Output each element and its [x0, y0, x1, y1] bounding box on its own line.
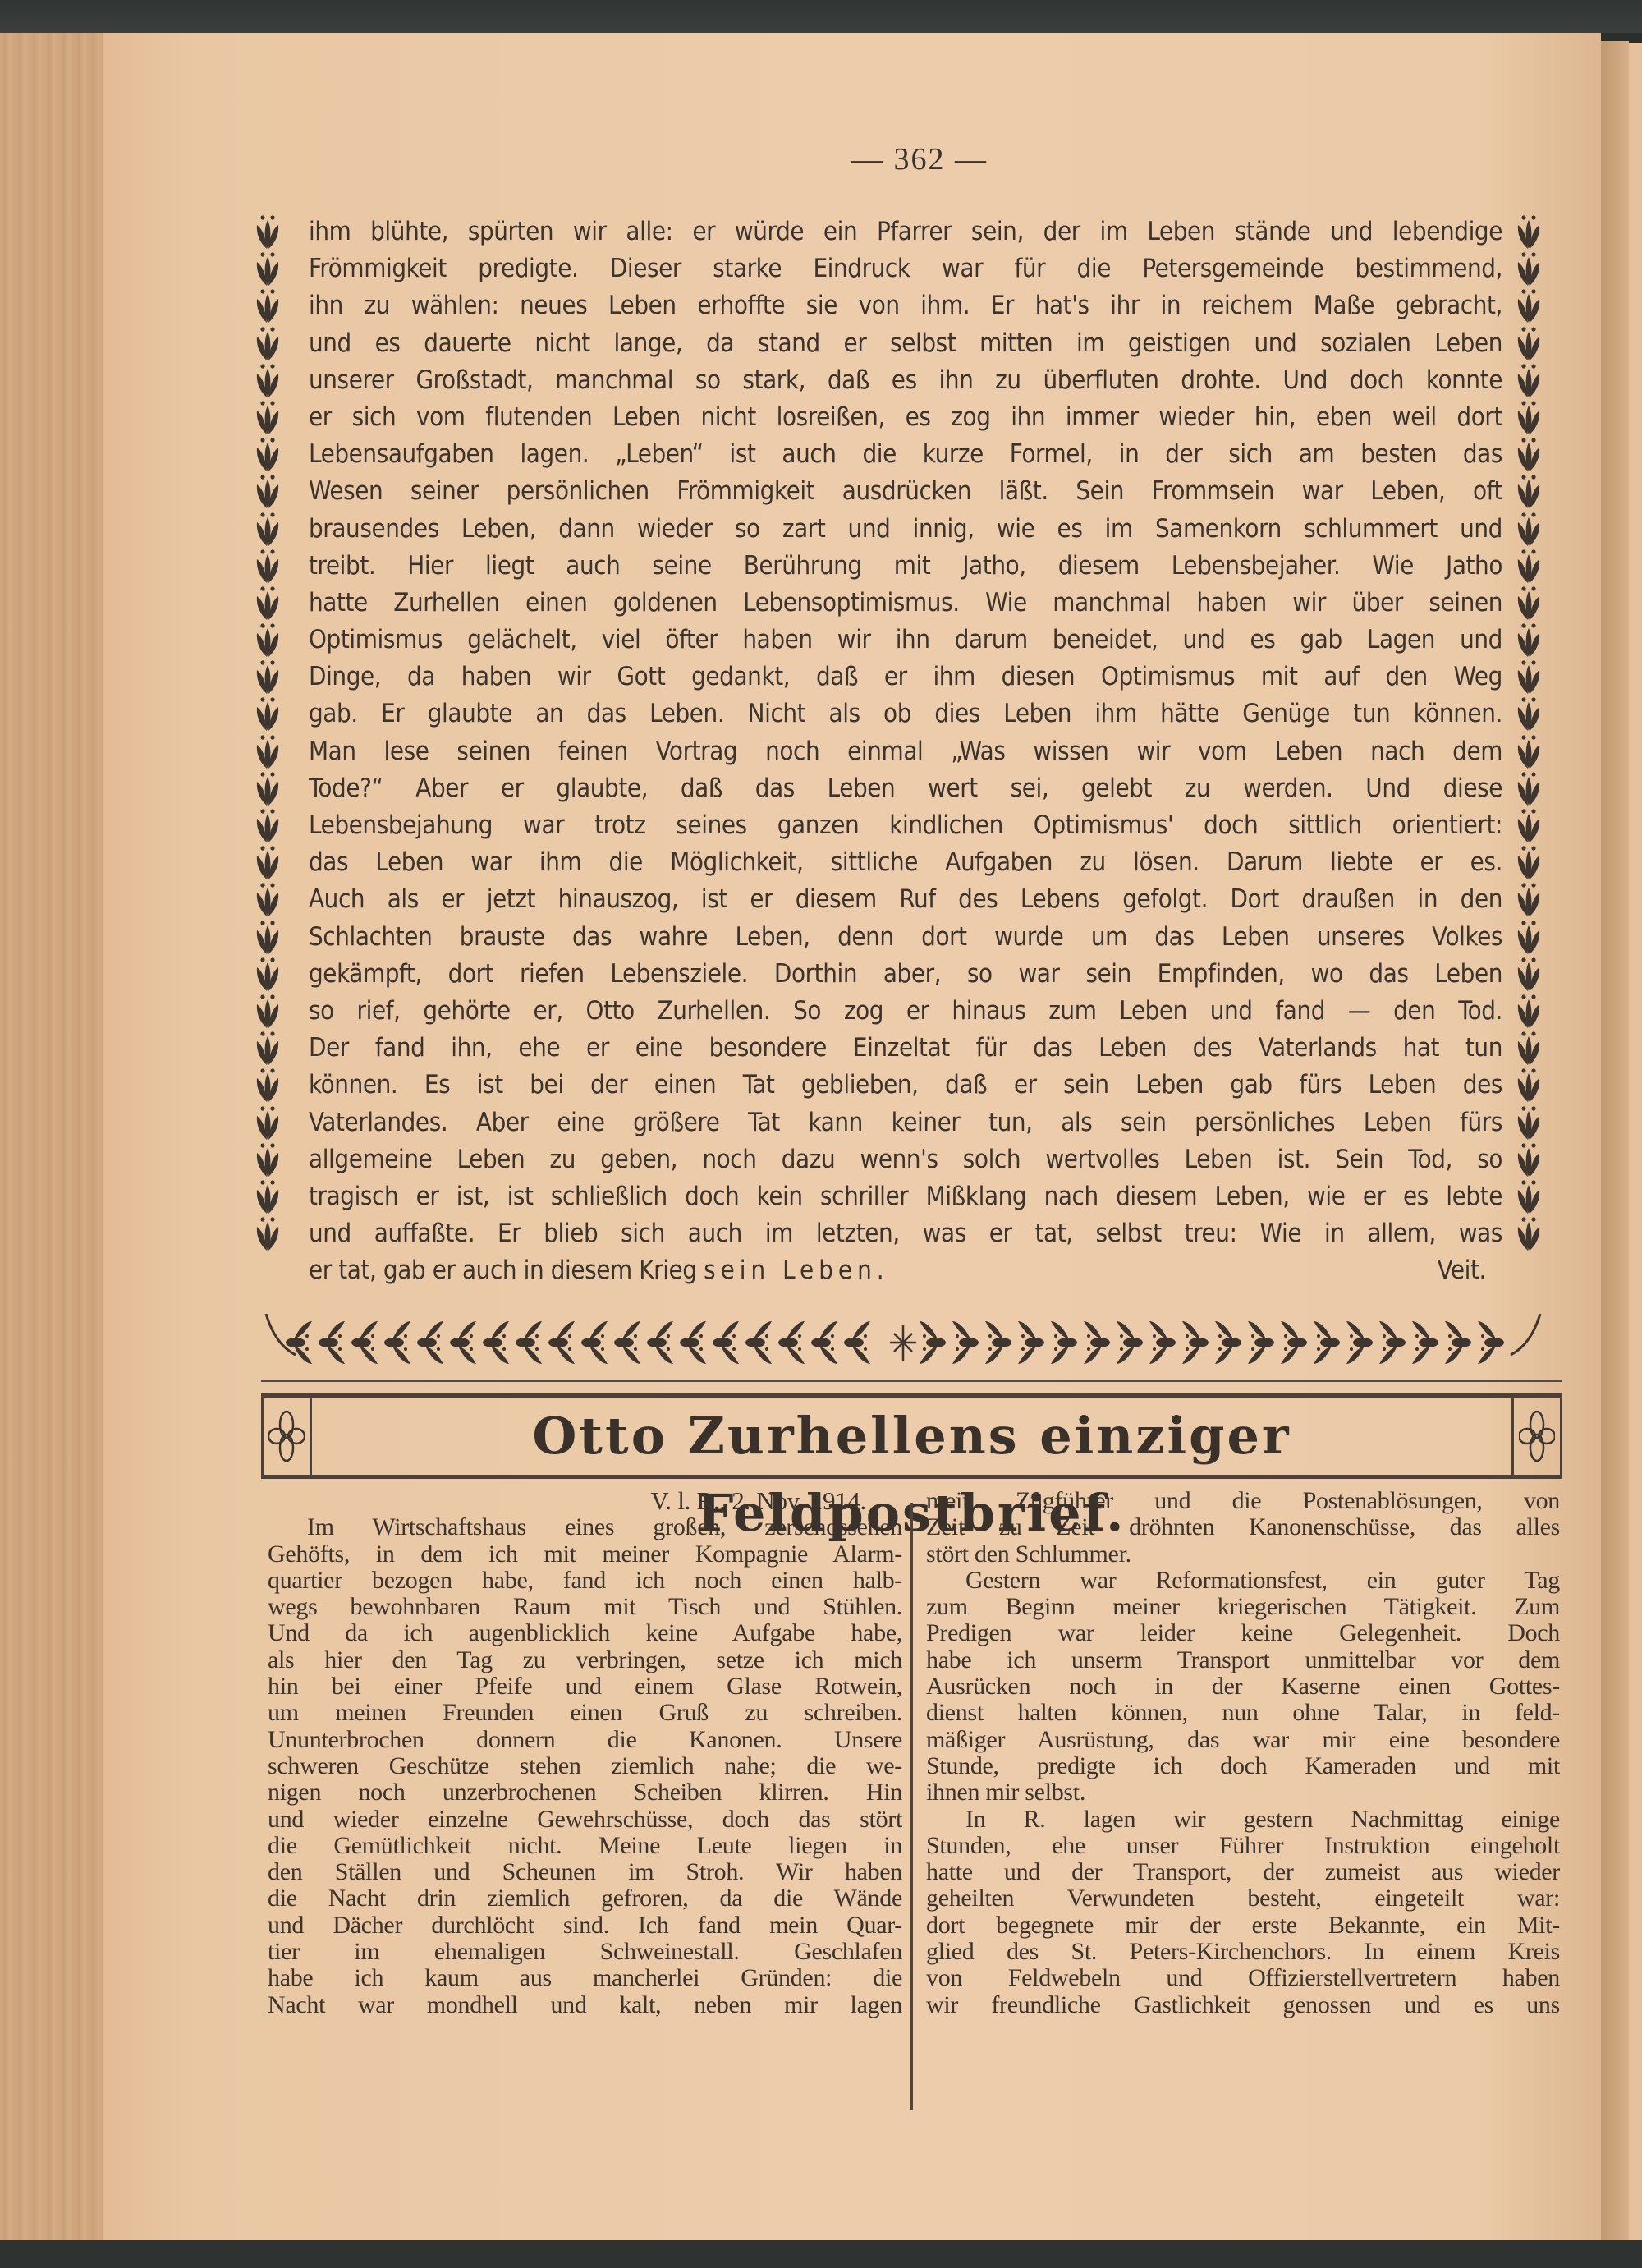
wheat-leaf-icon	[251, 1068, 284, 1105]
text-line: Gestern war Reformationsfest, ein guter …	[926, 1568, 1560, 1594]
author-signature: Veit.	[1438, 1252, 1502, 1289]
wheat-leaf-icon	[251, 215, 284, 252]
text-line: und Dächer durchlöcht sind. Ich fand mei…	[268, 1912, 902, 1939]
text-line: das Leben war ihm die Möglichkeit, sittl…	[309, 844, 1502, 881]
wheat-leaf-icon	[251, 697, 284, 734]
text-line: können. Es ist bei der einen Tat geblieb…	[309, 1067, 1502, 1104]
wheat-leaf-icon	[251, 512, 284, 549]
wheat-leaf-icon	[1512, 215, 1545, 252]
text-line: Zeit zu Zeit dröhnten Kanonenschüsse, da…	[926, 1514, 1560, 1540]
next-page-edge	[1629, 43, 1642, 2243]
letter-column-left: V. l. R., 2. Nov. 1914. Im Wirtschaftsha…	[268, 1488, 902, 2018]
text-line: Gehöfts, in dem ich mit meiner Kompagnie…	[268, 1541, 902, 1568]
wheat-leaf-icon	[1512, 1217, 1545, 1254]
text-line: Und da ich augenblicklich keine Aufgabe …	[268, 1620, 902, 1646]
wheat-leaf-icon	[1512, 289, 1545, 326]
wheat-leaf-icon	[1512, 921, 1545, 957]
right-leaf-border	[1512, 215, 1545, 1254]
wheat-leaf-icon	[251, 327, 284, 364]
wheat-leaf-icon	[251, 735, 284, 772]
obituary-text: ihm blühte, spürten wir alle: er würde e…	[309, 213, 1502, 1289]
text-line: Vaterlandes. Aber eine größere Tat kann …	[309, 1104, 1502, 1141]
text-line: ihm blühte, spürten wir alle: er würde e…	[309, 213, 1502, 250]
text-line: tier im ehemaligen Schweinestall. Geschl…	[268, 1939, 902, 1965]
wheat-leaf-icon	[1512, 438, 1545, 475]
text-line: so rief, gehörte er, Otto Zurhellen. So …	[309, 993, 1502, 1030]
text-line: und wieder einzelne Gewehrschüsse, doch …	[268, 1807, 902, 1833]
article-title-box: Otto Zurhellens einziger Feldpostbrief.	[261, 1393, 1562, 1479]
wheat-leaf-icon	[1512, 586, 1545, 623]
text-line: quartier bezogen habe, fand ich noch ein…	[268, 1568, 902, 1594]
wheat-leaf-icon	[251, 1217, 284, 1254]
text-line: nigen noch unzerbrochenen Scheiben klirr…	[268, 1779, 902, 1806]
text-line: Ununterbrochen donnern die Kanonen. Unse…	[268, 1727, 902, 1753]
wheat-leaf-icon	[1512, 957, 1545, 994]
wheat-leaf-icon	[251, 921, 284, 957]
text-line: Lebensbejahung war trotz seines ganzen k…	[309, 807, 1502, 844]
page-gutter-shadow	[1601, 41, 1629, 2242]
wheat-leaf-icon	[251, 772, 284, 809]
text-line: Dinge, da haben wir Gott gedankt, daß er…	[309, 659, 1502, 696]
text-line: Stunden, ehe unser Führer Instruktion ei…	[926, 1833, 1560, 1859]
text-line: hatte Zurhellen einen goldenen Lebensopt…	[309, 585, 1502, 622]
wheat-leaf-icon	[1512, 512, 1545, 549]
text-line: er sich vom flutenden Leben nicht losrei…	[309, 399, 1502, 436]
wheat-leaf-icon	[1512, 1143, 1545, 1180]
text-line: wir freundliche Gastlichkeit genossen un…	[926, 1992, 1560, 2018]
text-line: und auffaßte. Er blieb sich auch im letz…	[309, 1215, 1502, 1252]
wheat-leaf-icon	[1512, 809, 1545, 846]
text-line: ihn zu wählen: neues Leben erhoffte sie …	[309, 287, 1502, 324]
quatrefoil-knot-icon	[261, 1398, 312, 1475]
text-line: Man lese seinen feinen Vortrag noch einm…	[309, 733, 1502, 770]
text-line: die Gemütlichkeit nicht. Meine Leute lie…	[268, 1833, 902, 1859]
wheat-leaf-icon	[1512, 994, 1545, 1031]
wheat-leaf-icon	[1512, 327, 1545, 364]
wheat-leaf-icon	[251, 623, 284, 660]
wheat-leaf-icon	[251, 1031, 284, 1068]
wheat-leaf-icon	[251, 809, 284, 846]
wheat-leaf-icon	[251, 438, 284, 475]
text-line: mäßiger Ausrüstung, das war mir eine bes…	[926, 1727, 1560, 1753]
wheat-leaf-icon	[251, 475, 284, 512]
wheat-leaf-icon	[251, 586, 284, 623]
text-line: Der fand ihn, ehe er eine besondere Einz…	[309, 1030, 1502, 1067]
text-line: schweren Geschütze stehen ziemlich nahe;…	[268, 1753, 902, 1779]
text-line: habe ich kaum aus mancherlei Gründen: di…	[268, 1965, 902, 1991]
text-line: den Ställen und Scheunen im Stroh. Wir h…	[268, 1859, 902, 1885]
text-line: treibt. Hier liegt auch seine Berührung …	[309, 548, 1502, 585]
final-sentence-spaced: sein Leben.	[704, 1256, 889, 1285]
text-line: Auch als er jetzt hinauszog, ist er dies…	[309, 881, 1502, 918]
page-stack-edge	[0, 33, 103, 2240]
wheat-leaf-icon	[1512, 252, 1545, 289]
text-line: brausendes Leben, dann wieder so zart un…	[309, 511, 1502, 548]
wheat-leaf-icon	[251, 846, 284, 883]
text-line: Im Wirtschaftshaus eines großen, zerscho…	[268, 1514, 902, 1540]
text-line: Frömmigkeit predigte. Dieser starke Eind…	[309, 250, 1502, 287]
text-line: glied des St. Peters-Kirchenchors. In ei…	[926, 1939, 1560, 1965]
wheat-leaf-icon	[1512, 735, 1545, 772]
wheat-leaf-icon	[1512, 883, 1545, 920]
column-divider	[910, 1503, 913, 2110]
wheat-leaf-icon	[251, 252, 284, 289]
text-line: tragisch er ist, ist schließlich doch ke…	[309, 1178, 1502, 1215]
text-line: stört den Schlummer.	[926, 1541, 1560, 1568]
left-leaf-border	[251, 215, 284, 1254]
text-line-final: er tat, gab er auch in diesem Krieg sein…	[309, 1252, 1502, 1289]
text-line: Nacht war mondhell und kalt, neben mir l…	[268, 1992, 902, 2018]
text-line: gab. Er glaubte an das Leben. Nicht als …	[309, 696, 1502, 732]
page-number: — 362 —	[821, 141, 1018, 177]
text-line: von Feldwebeln und Offizierstellvertrete…	[926, 1965, 1560, 1991]
wheat-leaf-icon	[1512, 846, 1545, 883]
wheat-leaf-icon	[1512, 697, 1545, 734]
section-divider	[261, 1380, 1562, 1382]
wheat-leaf-icon	[1512, 772, 1545, 809]
text-line: gekämpft, dort riefen Lebensziele. Dorth…	[309, 956, 1502, 993]
final-sentence: er tat, gab er auch in diesem Krieg sein…	[309, 1252, 889, 1289]
text-line: dort begegnete mir der erste Bekannte, e…	[926, 1912, 1560, 1939]
wheat-leaf-icon	[1512, 1180, 1545, 1217]
wheat-leaf-icon	[251, 401, 284, 438]
text-line: wegs bewohnbaren Raum mit Tisch und Stüh…	[268, 1594, 902, 1620]
wheat-leaf-icon	[251, 883, 284, 920]
wheat-leaf-icon	[1512, 364, 1545, 401]
text-line: In R. lagen wir gestern Nachmittag einig…	[926, 1807, 1560, 1833]
text-line: Optimismus gelächelt, viel öfter haben w…	[309, 622, 1502, 659]
wheat-leaf-icon	[1512, 1068, 1545, 1105]
text-line: unserer Großstadt, manchmal so stark, da…	[309, 362, 1502, 399]
wheat-leaf-icon	[251, 1180, 284, 1217]
wheat-leaf-icon	[251, 549, 284, 586]
wheat-leaf-icon	[1512, 623, 1545, 660]
text-line: Ausrücken noch in der Kaserne einen Gott…	[926, 1673, 1560, 1700]
text-line: habe ich unserm Transport unmittelbar vo…	[926, 1647, 1560, 1673]
quatrefoil-knot-icon	[1511, 1398, 1562, 1475]
text-line: und es dauerte nicht lange, da stand er …	[309, 325, 1502, 362]
text-line: Tode?“ Aber er glaubte, daß das Leben we…	[309, 770, 1502, 807]
laurel-garland-icon	[263, 1314, 1543, 1371]
wheat-leaf-icon	[1512, 1106, 1545, 1143]
wheat-leaf-icon	[251, 957, 284, 994]
wheat-leaf-icon	[251, 364, 284, 401]
letter-column-right: mein Zugführer und die Postenablösungen,…	[926, 1488, 1560, 2018]
wheat-leaf-icon	[251, 289, 284, 326]
text-line: Stunde, predigte ich doch Kameraden und …	[926, 1753, 1560, 1779]
wheat-leaf-icon	[1512, 475, 1545, 512]
text-line: Schlachten brauste das wahre Leben, denn…	[309, 919, 1502, 956]
wheat-leaf-icon	[1512, 660, 1545, 697]
letter-dateline: V. l. R., 2. Nov. 1914.	[268, 1488, 902, 1514]
wheat-leaf-icon	[251, 1143, 284, 1180]
text-line: dienst halten können, nun ohne Talar, in…	[926, 1700, 1560, 1726]
wheat-leaf-icon	[251, 1106, 284, 1143]
wheat-leaf-icon	[1512, 1031, 1545, 1068]
text-line: geheilten Verwundeten besteht, eingeteil…	[926, 1885, 1560, 1912]
text-line: mein Zugführer und die Postenablösungen,…	[926, 1488, 1560, 1514]
text-line: hatte und der Transport, der zumeist aus…	[926, 1859, 1560, 1885]
book-binding-top	[0, 0, 1642, 33]
wheat-leaf-icon	[251, 660, 284, 697]
text-line: Predigen war leider keine Gelegenheit. D…	[926, 1620, 1560, 1646]
text-line: als hier den Tag zu verbringen, setze ic…	[268, 1647, 902, 1673]
wheat-leaf-icon	[251, 994, 284, 1031]
final-sentence-start: er tat, gab er auch in diesem Krieg	[309, 1256, 697, 1285]
wheat-leaf-icon	[1512, 401, 1545, 438]
text-line: ihnen mir selbst.	[926, 1779, 1560, 1806]
text-line: die Nacht drin ziemlich gefroren, da die…	[268, 1885, 902, 1912]
article-title: Otto Zurhellens einziger Feldpostbrief.	[312, 1398, 1511, 1475]
text-line: Wesen seiner persönlichen Frömmigkeit au…	[309, 473, 1502, 510]
text-line: Lebensaufgaben lagen. „Leben“ ist auch d…	[309, 436, 1502, 473]
wheat-leaf-icon	[1512, 549, 1545, 586]
text-line: um meinen Freunden einen Gruß zu schreib…	[268, 1700, 902, 1726]
text-line: allgemeine Leben zu geben, noch dazu wen…	[309, 1141, 1502, 1178]
book-binding-bottom	[0, 2240, 1642, 2268]
text-line: zum Beginn meiner kriegerischen Tätigkei…	[926, 1594, 1560, 1620]
text-line: hin bei einer Pfeife und einem Glase Rot…	[268, 1673, 902, 1700]
